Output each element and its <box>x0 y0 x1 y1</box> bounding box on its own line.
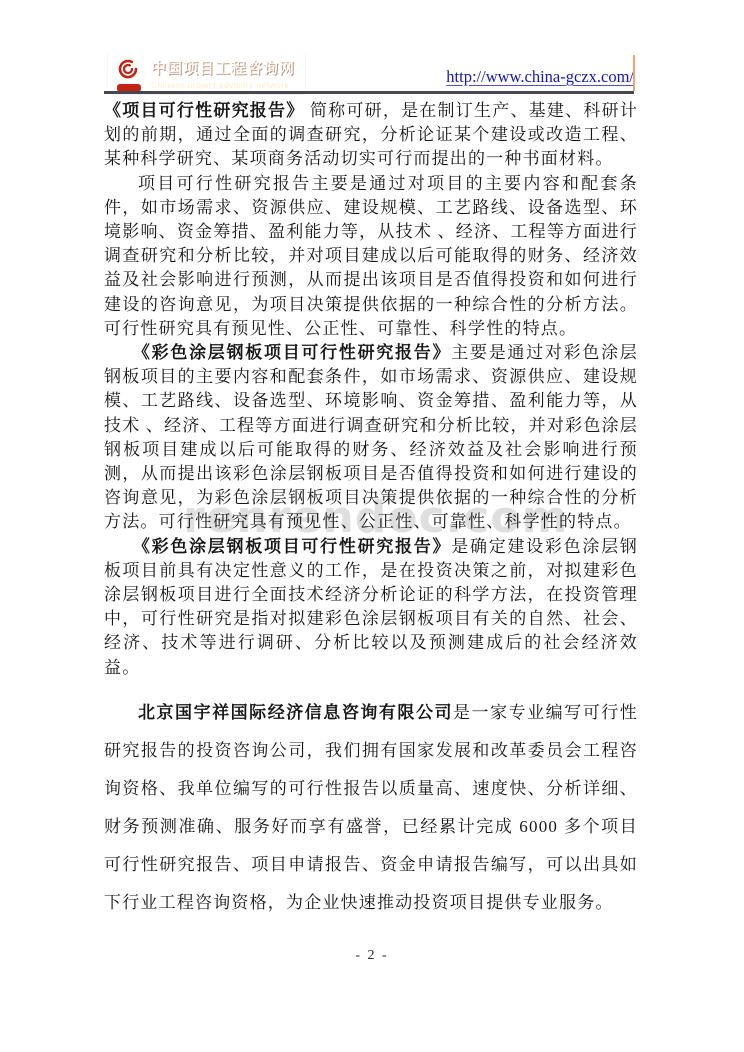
paragraph-3: 《彩色涂层钢板项目可行性研究报告》主要是通过对彩色涂层钢板项目的主要内容和配套条… <box>104 341 638 535</box>
document-page: 中国项目工程咨询网 Chinese project advisory netwo… <box>0 0 744 1052</box>
paragraph-4-text: 是确定建设彩色涂层钢板项目前具有决定性意义的工作，是在投资决策之前，对拟建彩色涂… <box>104 537 638 677</box>
paragraph-4-lead: 《彩色涂层钢板项目可行性研究报告》 <box>133 537 451 556</box>
page-number: - 2 - <box>0 948 744 964</box>
header-right-tick <box>633 55 635 91</box>
document-body: 《项目可行性研究报告》 简称可研，是在制订生产、基建、科研计划的前期，通过全面的… <box>104 99 638 922</box>
paragraph-1-lead: 《项目可行性研究报告》 <box>104 101 304 120</box>
paragraph-2-text: 项目可行性研究报告主要是通过对项目的主要内容和配套条件，如市场需求、资源供应、建… <box>104 174 638 338</box>
brand-title: 中国项目工程咨询网 <box>151 57 301 78</box>
paragraph-3-lead: 《彩色涂层钢板项目可行性研究报告》 <box>133 343 451 362</box>
header-divider <box>104 91 634 94</box>
website-link[interactable]: http://www.china-gczx.com/ <box>300 67 634 87</box>
brand-subtitle: Chinese project advisory network <box>151 80 301 90</box>
site-logo: 中国项目工程咨询网 Chinese project advisory netwo… <box>108 50 305 93</box>
paragraph-4: 《彩色涂层钢板项目可行性研究报告》是确定建设彩色涂层钢板项目前具有决定性意义的工… <box>104 535 638 680</box>
paragraph-5: 北京国宇祥国际经济信息咨询有限公司是一家专业编写可行性研究报告的投资咨询公司，我… <box>104 694 638 922</box>
paragraph-2: 项目可行性研究报告主要是通过对项目的主要内容和配套条件，如市场需求、资源供应、建… <box>104 172 638 341</box>
paragraph-1: 《项目可行性研究报告》 简称可研，是在制订生产、基建、科研计划的前期，通过全面的… <box>104 99 638 172</box>
paragraph-3-text: 主要是通过对彩色涂层钢板项目的主要内容和配套条件，如市场需求、资源供应、建设规模… <box>104 343 638 531</box>
logo-spiral-icon <box>113 54 143 84</box>
brand-text: 中国项目工程咨询网 Chinese project advisory netwo… <box>151 57 301 90</box>
paragraph-5-lead: 北京国宇祥国际经济信息咨询有限公司 <box>138 703 453 722</box>
paragraph-5-text: 是一家专业编写可行性研究报告的投资咨询公司，我们拥有国家发展和改革委员会工程咨询… <box>104 703 638 912</box>
